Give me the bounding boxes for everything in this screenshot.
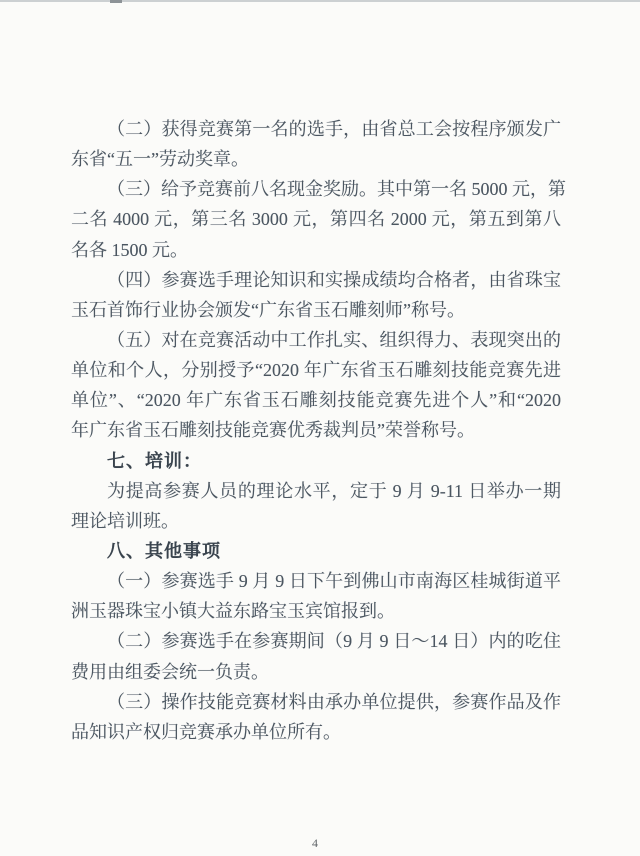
document-body: （二）获得竞赛第一名的选手，由省总工会按程序颁发广东省“五一”劳动奖章。（三）给… <box>71 114 561 747</box>
section-heading: 七、培训： <box>71 446 561 476</box>
text-line: （三）操作技能竞赛材料由承办单位提供，参赛作品及作 <box>71 687 561 717</box>
scan-edge-artifact <box>0 0 640 2</box>
text-line: 洲玉器珠宝小镇大益东路宝玉宾馆报到。 <box>71 596 561 626</box>
text-line: （二）参赛选手在参赛期间（9 月 9 日～14 日）内的吃住 <box>71 626 561 656</box>
text-line: （五）对在竞赛活动中工作扎实、组织得力、表现突出的 <box>71 325 561 355</box>
text-line: 名各 1500 元。 <box>71 235 561 265</box>
text-line: 东省“五一”劳动奖章。 <box>71 144 561 174</box>
section-heading: 八、其他事项 <box>71 536 561 566</box>
text-line: 单位”、“2020 年广东省玉石雕刻技能竞赛先进个人”和“2020 <box>71 385 561 415</box>
text-line: 年广东省玉石雕刻技能竞赛优秀裁判员”荣誉称号。 <box>71 415 561 445</box>
text-line: 理论培训班。 <box>71 506 561 536</box>
text-line: 单位和个人，分别授予“2020 年广东省玉石雕刻技能竞赛先进 <box>71 355 561 385</box>
text-line: 费用由组委会统一负责。 <box>71 657 561 687</box>
text-line: 品知识产权归竞赛承办单位所有。 <box>71 717 561 747</box>
text-line: 玉石首饰行业协会颁发“广东省玉石雕刻师”称号。 <box>71 295 561 325</box>
text-line: （三）给予竞赛前八名现金奖励。其中第一名 5000 元，第 <box>71 174 561 204</box>
text-line: （一）参赛选手 9 月 9 日下午到佛山市南海区桂城街道平 <box>71 566 561 596</box>
page-number: 4 <box>0 836 630 851</box>
text-line: （四）参赛选手理论知识和实操成绩均合格者，由省珠宝 <box>71 265 561 295</box>
scan-speck-artifact <box>110 0 122 3</box>
text-line: （二）获得竞赛第一名的选手，由省总工会按程序颁发广 <box>71 114 561 144</box>
text-line: 为提高参赛人员的理论水平，定于 9 月 9-11 日举办一期 <box>71 476 561 506</box>
text-line: 二名 4000 元，第三名 3000 元，第四名 2000 元，第五到第八 <box>71 204 561 234</box>
